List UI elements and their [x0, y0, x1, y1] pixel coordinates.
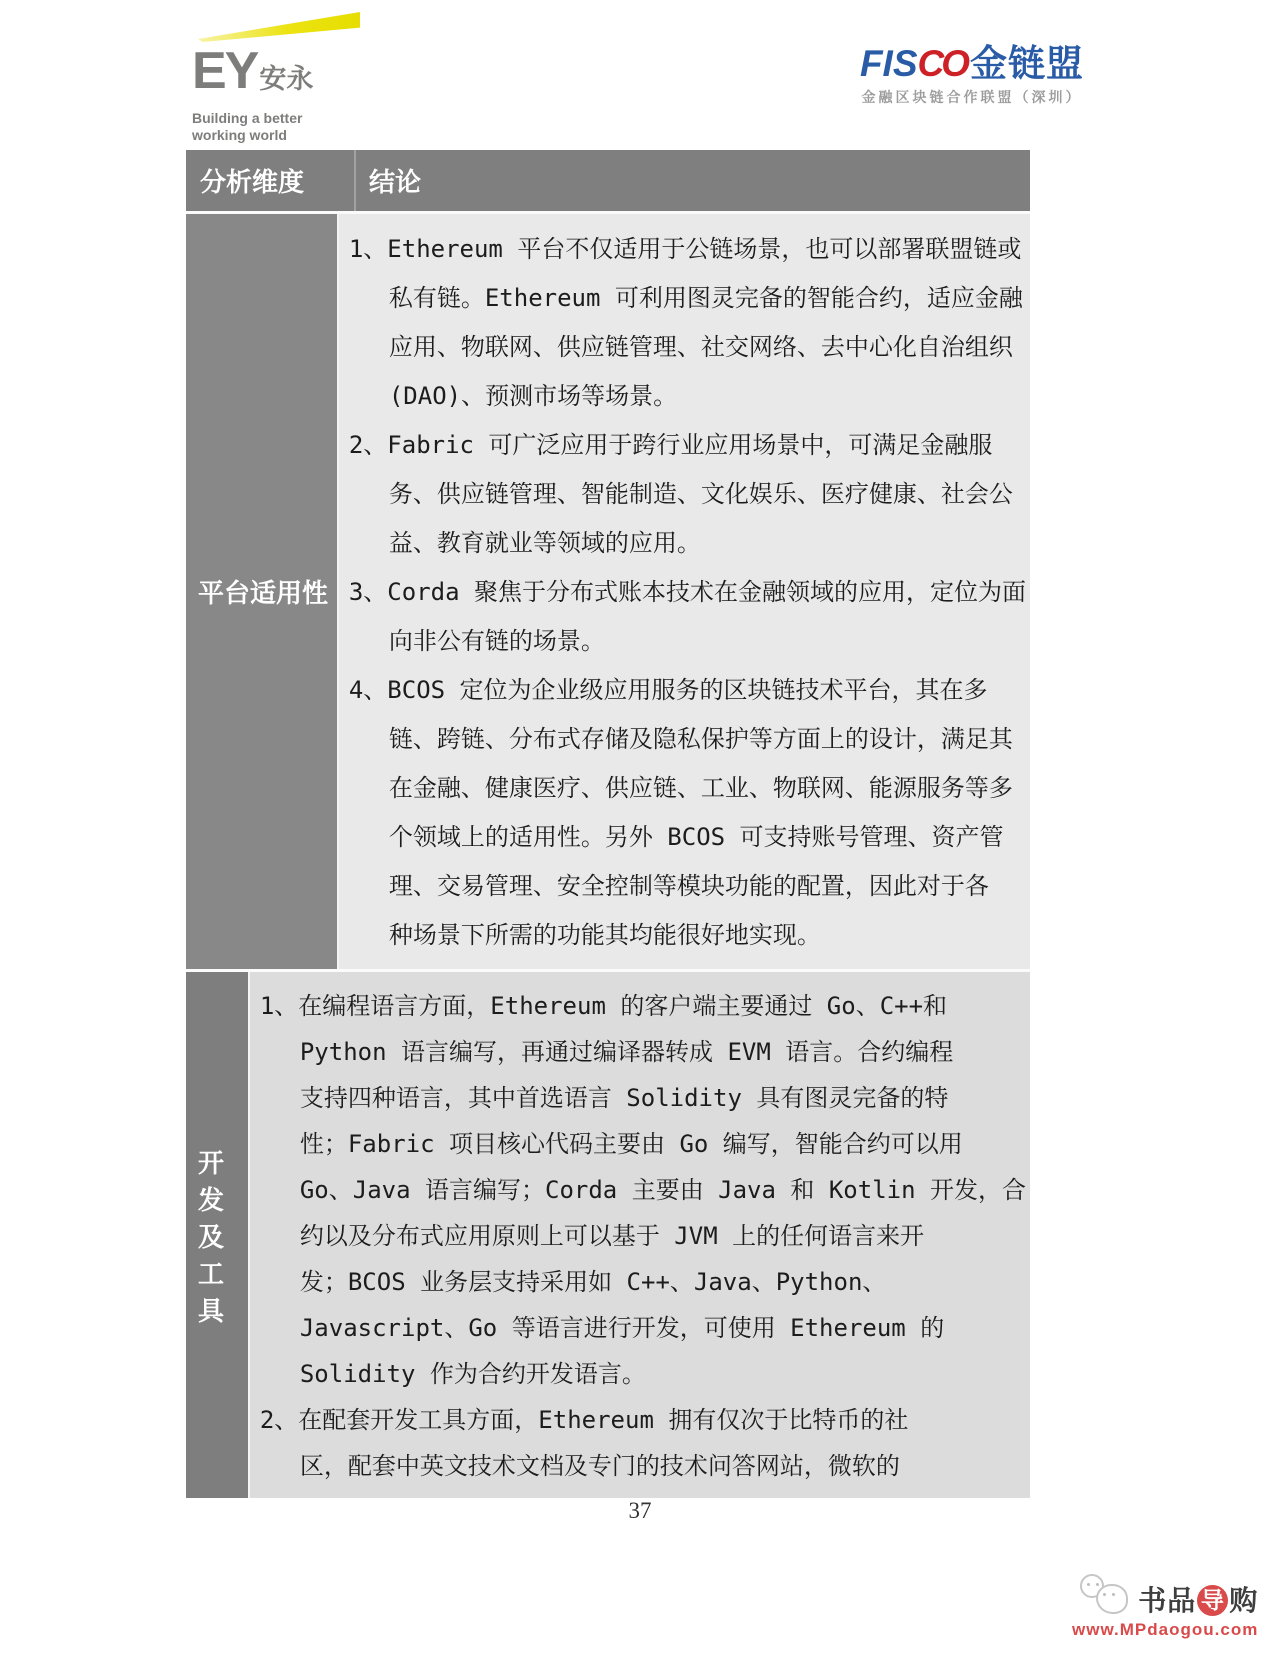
watermark-brand: 书品导购 [1138, 1584, 1258, 1618]
ey-tagline-line2: working world [192, 127, 360, 144]
fisco-logo-text: FISCO金链盟 [860, 44, 1084, 84]
conclusion-line: 种场景下所需的功能其均能很好地实现。 [349, 911, 1026, 960]
chat-bubbles-icon [1078, 1568, 1134, 1618]
ey-tagline-line1: Building a better [192, 110, 360, 127]
dimension-label: 开发及工具 [186, 972, 248, 1498]
table-row: 开发及工具1、在编程语言方面，Ethereum 的客户端主要通过 Go、C++和… [186, 969, 1030, 1498]
watermark: 书品导购 www.MPdaogou.com [1072, 1568, 1258, 1640]
conclusion-line: 链、跨链、分布式存储及隐私保护等方面上的设计，满足其 [349, 715, 1026, 764]
conclusion-line: (DAO)、预测市场等场景。 [349, 372, 1026, 421]
watermark-brand-part1: 书品 [1138, 1585, 1196, 1616]
conclusion-line: 2、在配套开发工具方面，Ethereum 拥有仅次于比特币的社 [260, 1397, 1026, 1443]
conclusion-line: 益、教育就业等领域的应用。 [349, 519, 1026, 568]
document-page: EY安永 Building a better working world FIS… [0, 0, 1280, 1656]
conclusion-cell: 1、在编程语言方面，Ethereum 的客户端主要通过 Go、C++和Pytho… [248, 972, 1030, 1498]
ey-logo-en: EY [192, 42, 257, 100]
table-row: 平台适用性1、Ethereum 平台不仅适用于公链场景，也可以部署联盟链或私有链… [186, 214, 1030, 969]
conclusion-line: Javascript、Go 等语言进行开发，可使用 Ethereum 的 [260, 1305, 1026, 1351]
conclusion-line: 向非公有链的场景。 [349, 617, 1026, 666]
conclusion-line: 区，配套中英文技术文档及专门的技术问答网站，微软的 [260, 1443, 1026, 1489]
conclusion-item: 1、在编程语言方面，Ethereum 的客户端主要通过 Go、C++和Pytho… [260, 983, 1026, 1397]
conclusion-line: 性；Fabric 项目核心代码主要由 Go 编写，智能合约可以用 [260, 1121, 1026, 1167]
conclusion-item: 2、Fabric 可广泛应用于跨行业应用场景中，可满足金融服务、供应链管理、智能… [349, 421, 1026, 568]
page-number: 37 [0, 1498, 1280, 1524]
conclusion-line: 支持四种语言，其中首选语言 Solidity 具有图灵完备的特 [260, 1075, 1026, 1121]
conclusion-line: 3、Corda 聚焦于分布式账本技术在金融领域的应用，定位为面 [349, 568, 1026, 617]
conclusion-cell: 1、Ethereum 平台不仅适用于公链场景，也可以部署联盟链或私有链。Ethe… [337, 214, 1030, 969]
fisco-logo-fis: FIS [860, 43, 918, 84]
conclusion-line: 约以及分布式应用原则上可以基于 JVM 上的任何语言来开 [260, 1213, 1026, 1259]
ey-logo: EY安永 Building a better working world [192, 12, 360, 144]
dimension-label: 平台适用性 [186, 214, 337, 969]
conclusion-item: 2、在配套开发工具方面，Ethereum 拥有仅次于比特币的社区，配套中英文技术… [260, 1397, 1026, 1489]
watermark-url: www.MPdaogou.com [1072, 1620, 1258, 1640]
conclusion-line: 个领域上的适用性。另外 BCOS 可支持账号管理、资产管 [349, 813, 1026, 862]
table-header-row: 分析维度 结论 [186, 150, 1030, 214]
conclusion-item: 4、BCOS 定位为企业级应用服务的区块链技术平台，其在多链、跨链、分布式存储及… [349, 666, 1026, 960]
table-body: 平台适用性1、Ethereum 平台不仅适用于公链场景，也可以部署联盟链或私有链… [186, 214, 1030, 1498]
conclusion-line: Go、Java 语言编写；Corda 主要由 Java 和 Kotlin 开发，… [260, 1167, 1026, 1213]
ey-tagline: Building a better working world [192, 110, 360, 144]
table-header-conclusion: 结论 [356, 150, 1030, 211]
conclusion-line: 私有链。Ethereum 可利用图灵完备的智能合约，适应金融 [349, 274, 1026, 323]
conclusion-line: 务、供应链管理、智能制造、文化娱乐、医疗健康、社会公 [349, 470, 1026, 519]
conclusion-item: 3、Corda 聚焦于分布式账本技术在金融领域的应用，定位为面向非公有链的场景。 [349, 568, 1026, 666]
conclusion-line: 2、Fabric 可广泛应用于跨行业应用场景中，可满足金融服 [349, 421, 1026, 470]
watermark-brand-part3: 购 [1229, 1585, 1258, 1616]
fisco-logo: FISCO金链盟 金融区块链合作联盟（深圳） [860, 44, 1084, 107]
ey-logo-cn: 安永 [259, 64, 313, 94]
conclusion-line: 1、在编程语言方面，Ethereum 的客户端主要通过 Go、C++和 [260, 983, 1026, 1029]
conclusion-line: Python 语言编写，再通过编译器转成 EVM 语言。合约编程 [260, 1029, 1026, 1075]
conclusion-item: 1、Ethereum 平台不仅适用于公链场景，也可以部署联盟链或私有链。Ethe… [349, 225, 1026, 421]
conclusion-line: 理、交易管理、安全控制等模块功能的配置，因此对于各 [349, 862, 1026, 911]
chat-bubble-large-icon [1096, 1584, 1128, 1614]
conclusion-line: 在金融、健康医疗、供应链、工业、物联网、能源服务等多 [349, 764, 1026, 813]
conclusion-line: 应用、物联网、供应链管理、社交网络、去中心化自治组织 [349, 323, 1026, 372]
ey-logo-text: EY安永 [192, 46, 360, 104]
watermark-row: 书品导购 [1078, 1568, 1258, 1618]
fisco-logo-co: CO [918, 43, 968, 84]
comparison-table: 分析维度 结论 平台适用性1、Ethereum 平台不仅适用于公链场景，也可以部… [186, 150, 1030, 1498]
conclusion-line: Solidity 作为合约开发语言。 [260, 1351, 1026, 1397]
conclusion-line: 1、Ethereum 平台不仅适用于公链场景，也可以部署联盟链或 [349, 225, 1026, 274]
watermark-seal-icon: 导 [1197, 1585, 1228, 1616]
table-header-dimension: 分析维度 [186, 150, 356, 211]
fisco-logo-cn: 金链盟 [970, 43, 1084, 84]
ey-beam-icon [198, 12, 360, 42]
fisco-logo-subtitle: 金融区块链合作联盟（深圳） [860, 87, 1084, 107]
conclusion-line: 4、BCOS 定位为企业级应用服务的区块链技术平台，其在多 [349, 666, 1026, 715]
conclusion-line: 发；BCOS 业务层支持采用如 C++、Java、Python、 [260, 1259, 1026, 1305]
